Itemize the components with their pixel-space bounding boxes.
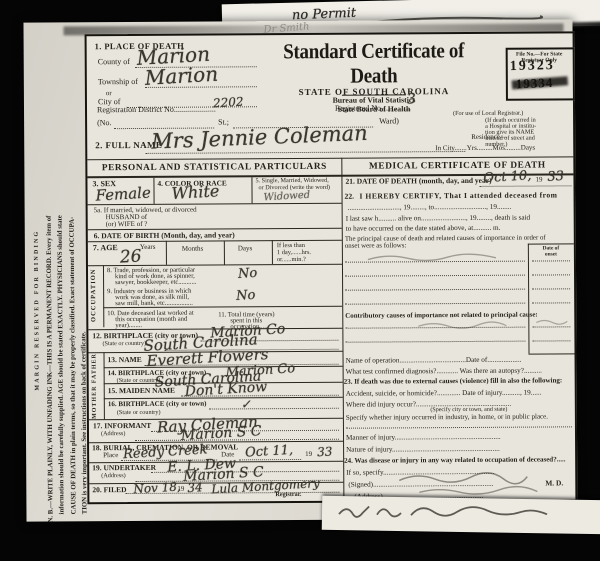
group-divider — [104, 383, 105, 419]
rule-line — [104, 397, 343, 399]
cause-line — [345, 288, 525, 291]
father-vertical-label: FATHER — [92, 353, 98, 383]
rule-line — [529, 353, 575, 354]
burial-place-label: Place — [103, 452, 118, 460]
occupation-vertical-label: OCCUPATION — [90, 265, 97, 325]
cell-divider — [272, 240, 273, 264]
dod-year-value: 33 — [547, 169, 564, 185]
test-line: What test confirmed diagnosis?..........… — [346, 367, 542, 376]
rule-line — [103, 306, 342, 308]
informant-address-label: (Address) — [101, 431, 125, 438]
onset-line — [532, 273, 570, 275]
township-label: Township of — [98, 78, 138, 87]
rule-line — [87, 156, 573, 160]
dod-year-pre: 19 — [535, 177, 542, 185]
cause-line — [345, 274, 525, 277]
operation-line: Name of operation.......................… — [346, 356, 522, 365]
maiden-name-label: 15. MAIDEN NAME — [108, 387, 175, 396]
township-value: Marion — [144, 62, 219, 90]
age-months-label: Months — [182, 246, 203, 254]
onset-line — [532, 301, 570, 303]
registered-no-value: 3 — [406, 91, 416, 107]
residence-incity-label: In City.......Yrs.........Mos.........Da… — [435, 145, 535, 153]
marital-value: Widowed — [263, 190, 310, 204]
dod-value: Oct 10, — [483, 168, 532, 186]
nature-line: Nature of injury........................… — [346, 445, 500, 454]
registration-district-label: Registration District No................… — [97, 106, 216, 116]
dotted-line — [479, 184, 571, 187]
mother-vertical-label: MOTHER — [92, 385, 98, 419]
bp12-sub: (State or country) — [102, 341, 146, 348]
scanned-death-certificate: no Permit MARGIN RESERVED FOR BINDING N.… — [0, 0, 600, 561]
residence-label: Residence— — [471, 134, 507, 142]
age-less-3: or......min.? — [277, 256, 306, 263]
certificate-form: 1. PLACE OF DEATH County of Marion Towns… — [85, 31, 578, 504]
certify-line2: ............................., 19.......… — [348, 203, 512, 212]
accident-line: Accident, suicide, or homicide?.........… — [346, 389, 542, 398]
onset-box-border — [528, 244, 530, 354]
column-divider — [341, 158, 344, 501]
burial-year-pre: 19 — [305, 451, 312, 459]
cause-line — [345, 340, 525, 343]
rule-line — [88, 264, 342, 267]
cell-divider — [153, 178, 154, 204]
adjacent-page-bottom — [322, 496, 600, 534]
cell-divider — [224, 240, 225, 264]
certify-line3: I last saw h.......... alive on.........… — [346, 214, 531, 223]
cause-line — [345, 302, 525, 305]
principal-cause-line2: onset were as follows: — [345, 242, 406, 250]
ward-label: Ward) — [379, 117, 399, 126]
dotted-line — [209, 407, 339, 410]
faint-cause-writing — [368, 250, 498, 269]
filed-label: 20. FILED — [92, 486, 126, 495]
onset-header-2: onset — [529, 251, 573, 257]
dob-label: 6. DATE OF BIRTH (Month, day, and year) — [94, 231, 235, 240]
mother-bp-value: ✓ — [240, 397, 251, 412]
cell-divider — [166, 241, 167, 265]
father-name-label: 13. NAME — [108, 356, 142, 365]
file-number-stamp: 19323 — [510, 58, 555, 75]
certificate-paper: MARGIN RESERVED FOR BINDING N. B.—WRITE … — [23, 19, 575, 521]
certificate-title: Standard Certificate of Death — [259, 39, 489, 90]
rule-line — [88, 203, 342, 206]
item-22-number: 22. — [345, 193, 355, 202]
race-value: White — [171, 181, 220, 203]
occ8-line3: sawyer, bookkeeper, etc........... — [115, 279, 196, 287]
dotted-line — [346, 425, 572, 428]
burial-year-value: 33 — [317, 444, 333, 459]
no-label: (No. — [97, 119, 112, 128]
certify-line4: to have occurred on the date stated abov… — [346, 224, 501, 233]
age-days-label: Days — [238, 245, 252, 253]
faint-contributory-writing — [418, 317, 508, 336]
mother-bp-label: 16. BIRTHPLACE (city or town) — [108, 401, 207, 409]
md-label: M. D. — [545, 479, 563, 487]
onset-line — [532, 339, 570, 341]
related-occupation-line: 24. Was disease or injury in any way rel… — [344, 456, 565, 465]
registrar-label: Registrar. — [275, 492, 301, 499]
undertaker-address-label: (Address) — [101, 473, 125, 480]
onset-line — [532, 259, 570, 261]
handwriting-scribble-bottom — [337, 500, 567, 531]
external-causes-line: 23. If death was due to external causes … — [344, 377, 563, 386]
sex-value: Female — [95, 183, 151, 204]
rule-line — [104, 366, 343, 368]
certify-line1: I HEREBY CERTIFY, That I attended deceas… — [360, 191, 558, 201]
specify-place-note: Specify whether injury occurred in indus… — [346, 413, 548, 422]
age-years-label: Years — [140, 244, 156, 252]
mother-bp-sub: (State or country) — [117, 410, 161, 417]
occ9-value: No — [236, 288, 256, 304]
dod-label: 21. DATE OF DEATH (month, day, and year) — [345, 177, 491, 186]
file-number-box: File No.—For State Registrar Only 19323 … — [506, 47, 575, 100]
group-divider — [103, 265, 104, 327]
burial-date-value: Oct 11, — [245, 443, 294, 461]
registration-district-value: 2202 — [213, 95, 244, 111]
margin-binding-note: MARGIN RESERVED FOR BINDING N. B.—WRITE … — [31, 97, 90, 522]
file-number-struck: 19334 — [516, 75, 554, 93]
husband-line-3: (or) WIFE of ? — [106, 221, 148, 229]
county-label: County of — [98, 58, 130, 67]
personal-section-header: PERSONAL AND STATISTICAL PARTICULARS — [87, 162, 341, 174]
age-label: 7. AGE — [93, 244, 118, 253]
medical-section-header: MEDICAL CERTIFICATE OF DEATH — [341, 160, 573, 172]
faint-onset-writing — [536, 313, 568, 331]
cell-divider — [251, 177, 252, 203]
registered-no-label: Registered No............... — [335, 104, 411, 113]
manner-line: Manner of injury........................… — [346, 433, 501, 442]
occ8-value: No — [238, 266, 258, 282]
onset-line — [532, 287, 570, 289]
